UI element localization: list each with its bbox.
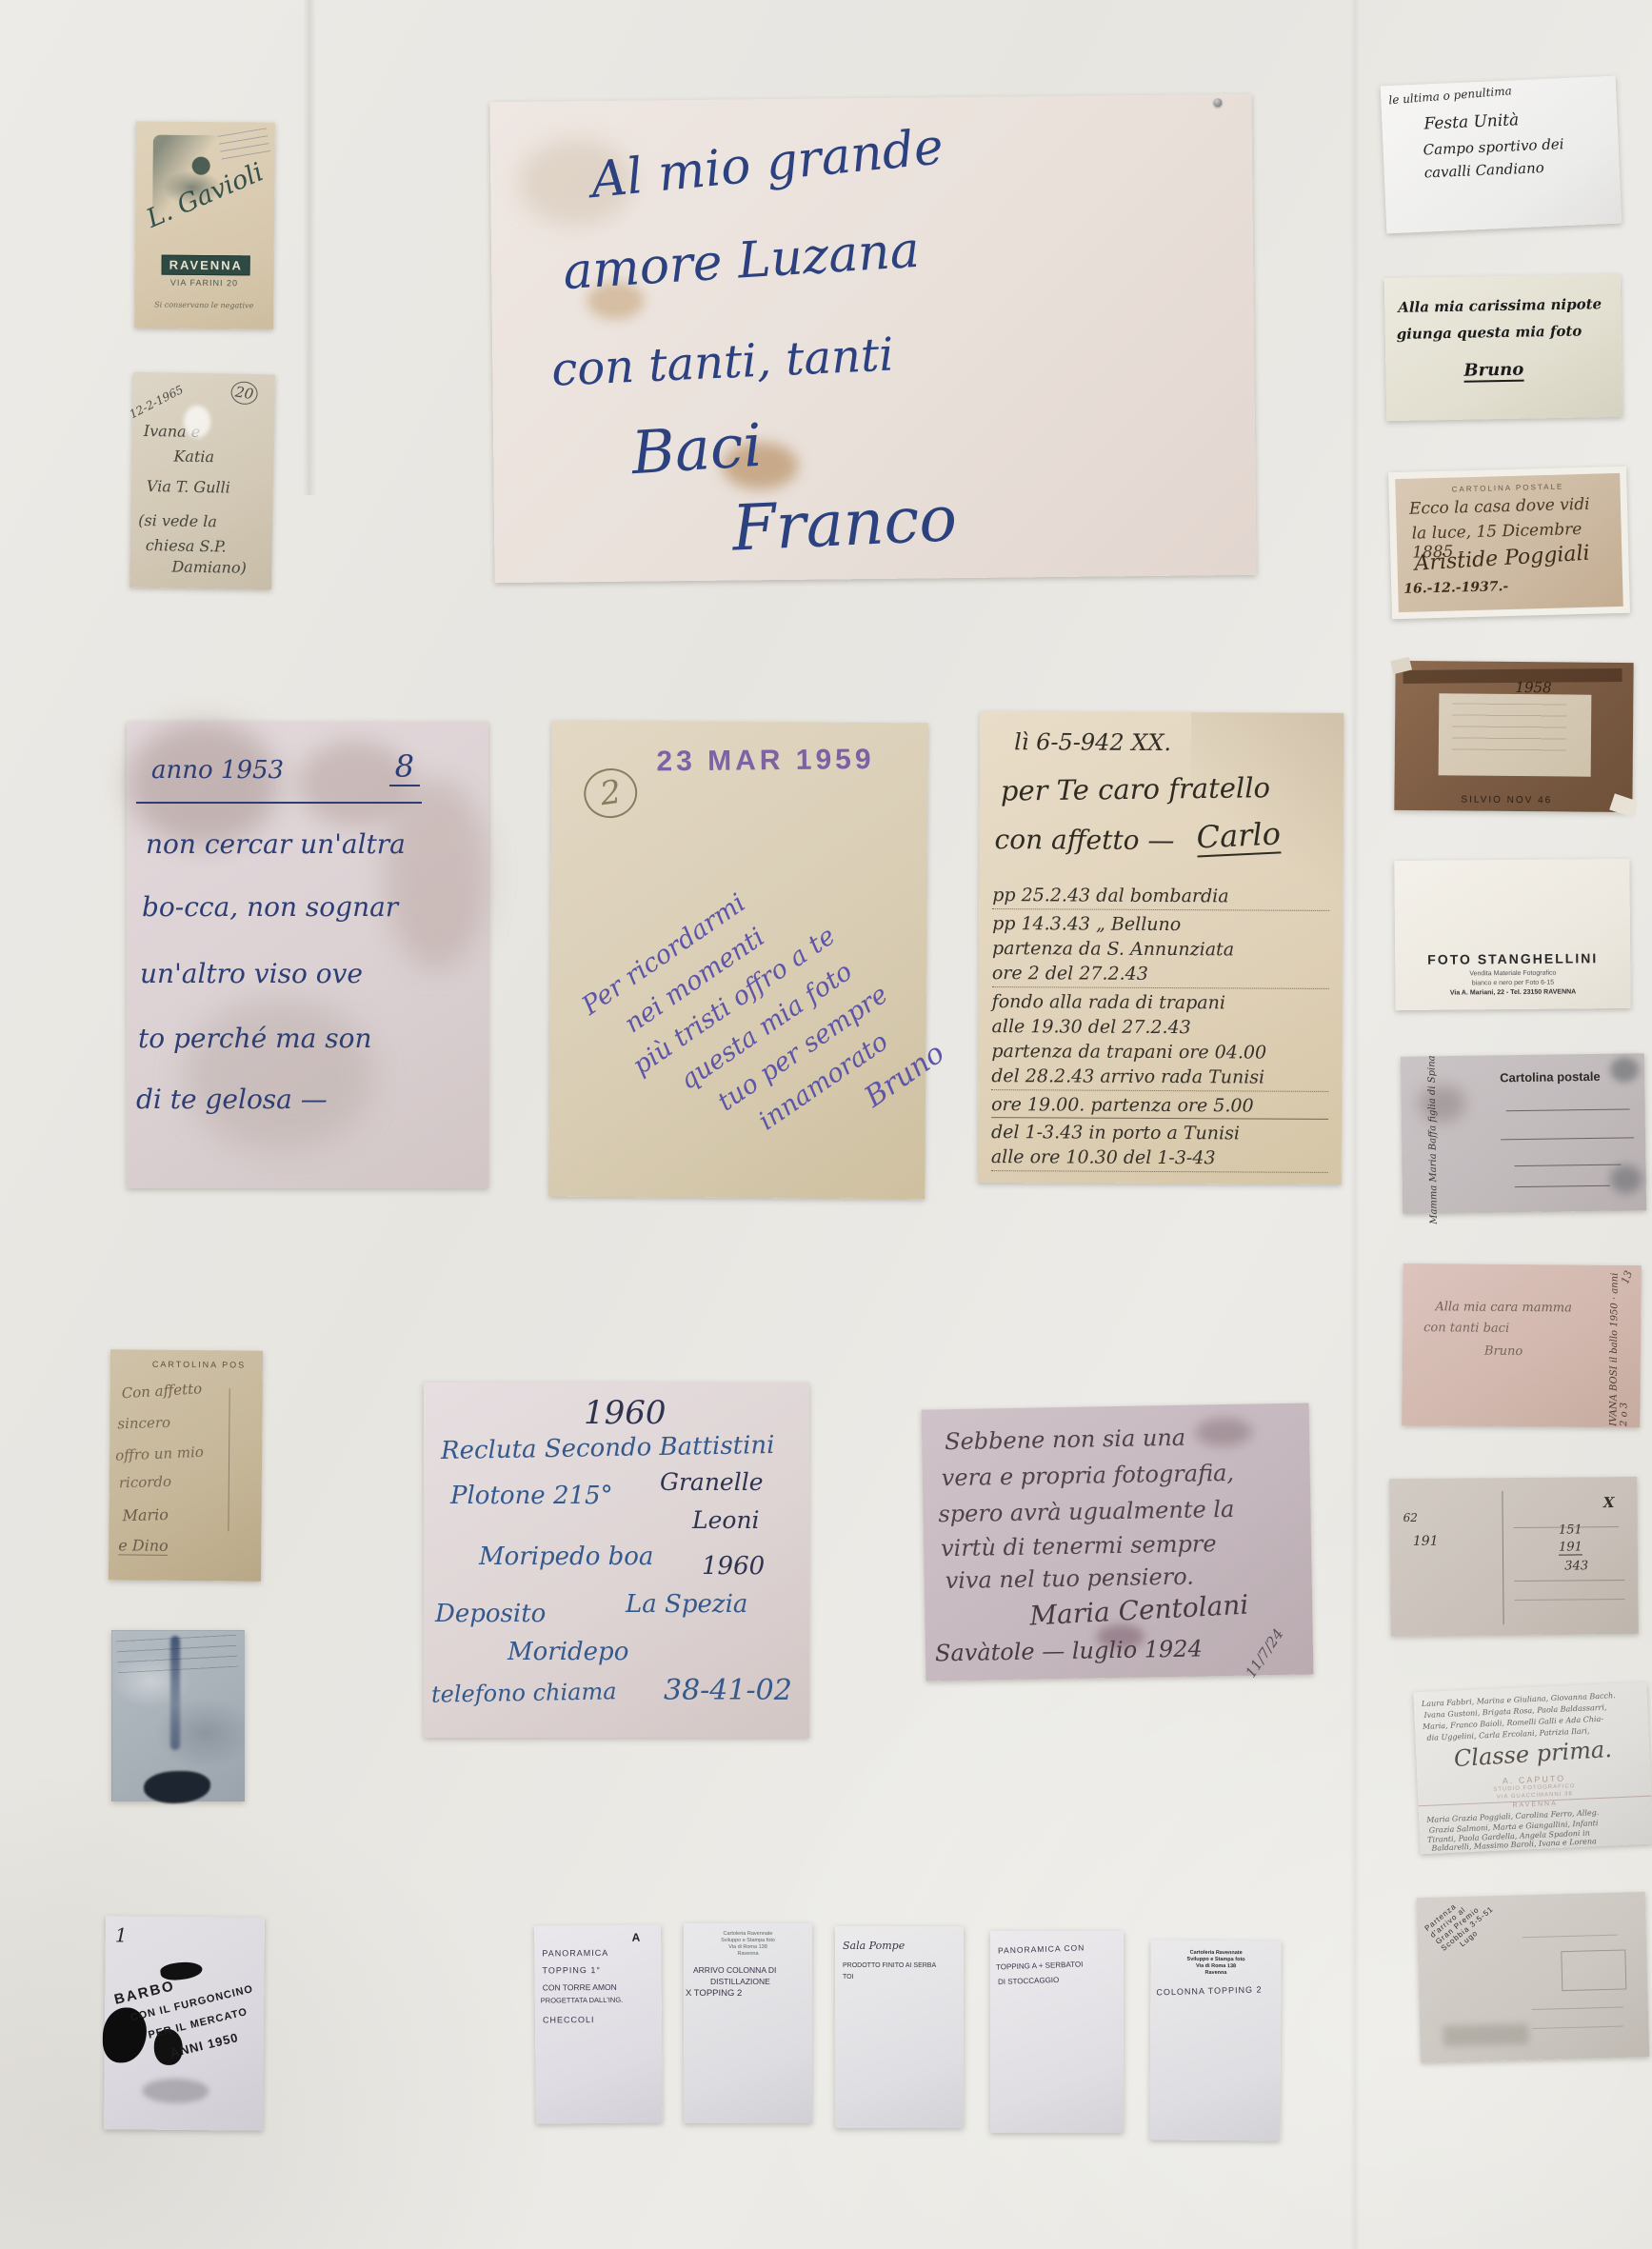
recluta-line: Deposito <box>435 1600 546 1628</box>
carlo-date: lì 6-5-942 XX. <box>1014 728 1171 756</box>
gavioli-annotation-scribble <box>218 128 271 164</box>
festa-line: cavalli Candiano <box>1423 159 1544 181</box>
gavioli-city: RAVENNA <box>162 255 251 276</box>
maria-line: Sebbene non sia una <box>945 1424 1185 1455</box>
anno1953-header: anno 1953 <box>151 756 284 785</box>
card-postcard-big: Al mio grande amore Luzana con tanti, ta… <box>489 94 1256 583</box>
rosa-line: con tanti baci <box>1423 1321 1509 1336</box>
stanghellini-line: Vendita Materiale Fotografico <box>1395 969 1630 978</box>
cartolina-grigia-vertical: Mamma Maria Baffa figlia di Spina <box>1426 1044 1440 1224</box>
card-cartolina-grigia: Cartolina postale Mamma Maria Baffa figl… <box>1401 1053 1646 1214</box>
env5-printed: Via di Roma 138 <box>1151 1963 1282 1970</box>
conti-mark: X <box>1603 1494 1615 1511</box>
festa-line: Festa Unità <box>1423 110 1519 133</box>
env1-corner: A <box>631 1931 640 1944</box>
carlo-line: fondo alla rada di trapani <box>992 987 1329 1014</box>
carlo-line: alle ore 10.30 del 1-3-43 <box>991 1143 1328 1173</box>
seppia-line: offro un mio <box>115 1443 204 1464</box>
env5-printed: Cartoleria Ravennate <box>1151 1950 1282 1957</box>
seppia-line: sincero <box>117 1414 170 1432</box>
conti-col-num: 343 <box>1564 1559 1588 1573</box>
card-negative-holder: 1958 SILVIO NOV 46 <box>1394 661 1633 812</box>
seppia-line: Mario <box>122 1505 169 1524</box>
poggiali-header: CARTOLINA POSTALE <box>1395 481 1620 495</box>
card-stanghellini: FOTO STANGHELLINI Vendita Materiale Foto… <box>1394 859 1630 1010</box>
maria-line: viva nel tuo pensiero. <box>945 1563 1194 1595</box>
ink-run <box>170 1636 180 1750</box>
lugo-corner-text: Partenza d'arrivo al Gran Premio Scobbia… <box>1423 1885 1501 1960</box>
recluta-line: 1960 <box>702 1552 765 1581</box>
nipote-line: Alla mia carissima nipote <box>1398 295 1602 316</box>
recluta-line: Moripedo boa <box>479 1542 653 1571</box>
card-barbo: 1 BARBO CON IL FURGONCINO PER IL MERCATO… <box>104 1916 265 2130</box>
carlo-dedica: per Te caro fratello <box>1001 771 1270 806</box>
postcard-line: con tanti, tanti <box>550 328 895 397</box>
stamp-box <box>1561 1949 1626 1991</box>
seppia-line: ricordo <box>119 1473 172 1491</box>
card-gavioli: L. Gavioli RAVENNA VIA FARINI 20 Si cons… <box>134 121 275 328</box>
env2-line: DISTILLAZIONE <box>710 1977 770 1986</box>
recluta-line: Recluta Secondo Battistini <box>441 1431 775 1465</box>
conti-left-top: 62 <box>1403 1511 1418 1524</box>
envelope-4: PANORAMICA CON TOPPING A + SERBATOI DI S… <box>990 1931 1124 2133</box>
nipote-signature: Bruno <box>1463 360 1523 383</box>
carlo-line: pp 25.2.43 dal bombardia <box>992 885 1329 911</box>
recluta-year: 1960 <box>584 1394 667 1432</box>
recluta-line: Leoni <box>692 1506 760 1534</box>
address-line <box>1506 1108 1630 1111</box>
recluta-line: Moridepo <box>508 1638 628 1666</box>
stain <box>1195 1418 1253 1447</box>
card-lugo: Partenza d'arrivo al Gran Premio Scobbia… <box>1417 1892 1649 2062</box>
anno1953-number: 8 <box>389 748 420 786</box>
negative-caption: SILVIO NOV 46 <box>1461 795 1552 806</box>
stanghellini-line: bianco e nero per Foto 6-15 <box>1395 979 1630 987</box>
env2-printed: Cartoleria Ravennate <box>684 1931 812 1937</box>
anno1953-line: di te gelosa — <box>136 1084 328 1115</box>
recluta-line: Plotone 215° <box>450 1482 613 1510</box>
card-recluta-1960: 1960 Recluta Secondo Battistini Plotone … <box>424 1383 809 1738</box>
postcard-line: amore Luzana <box>562 222 922 301</box>
card-seppia: CARTOLINA POS Con affetto sincero offro … <box>109 1349 263 1581</box>
stain <box>142 2079 209 2104</box>
carlo-line: ore 19.00. partenza ore 5.00 <box>991 1090 1328 1120</box>
ivana-badge: 20 <box>229 380 259 407</box>
env4-line: PANORAMICA CON <box>998 1942 1085 1955</box>
anno1953-line: bo-cca, non sognar <box>142 891 398 923</box>
address-line <box>1515 1185 1610 1187</box>
env3-line: PRODOTTO FINITO AI SERBA <box>843 1962 936 1969</box>
carlo-line: partenza da S. Annunziata <box>992 934 1329 961</box>
pin <box>1213 98 1222 107</box>
maria-signature: Maria Centolani <box>1029 1589 1249 1632</box>
address-line <box>1532 2007 1623 2011</box>
anno1953-rule <box>136 802 422 804</box>
festa-line: Campo sportivo dei <box>1423 135 1564 158</box>
card-marzo-1959: 23 MAR 1959 2 Per ricordarmi nei momenti… <box>548 721 927 1200</box>
conti-divider <box>1502 1491 1503 1624</box>
seppia-header: CARTOLINA POS <box>152 1360 267 1370</box>
gavioli-address: VIA FARINI 20 <box>134 277 273 288</box>
ivana-line: chiesa S.P. <box>146 536 227 555</box>
recluta-line: La Spezia <box>626 1590 747 1619</box>
envelope-2: Cartoleria Ravennate Sviluppo e Stampa f… <box>684 1923 812 2123</box>
cartolina-grigia-header: Cartolina postale <box>1500 1069 1601 1085</box>
card-poggiali: CARTOLINA POSTALE Ecco la casa dove vidi… <box>1388 467 1630 619</box>
stain <box>1610 1057 1639 1082</box>
env2-printed: Ravenna <box>684 1951 812 1957</box>
seppia-line: e Dino <box>118 1536 169 1555</box>
env2-printed: Via di Roma 138 <box>684 1944 812 1950</box>
card-rosa: 13 Alla mia cara mamma con tanti baci Br… <box>1402 1264 1641 1427</box>
ivana-line: Katia <box>173 447 214 466</box>
envelope-1: A PANORAMICA TOPPING 1° CON TORRE AMON P… <box>534 1924 663 2123</box>
carlo-line: del 1-3.43 in porto a Tunisi <box>991 1118 1328 1144</box>
carlo-itinerary: pp 25.2.43 dal bombardia pp 14.3.43 „ Be… <box>991 885 1330 1173</box>
ivana-date: 12-2-1965 <box>128 383 186 421</box>
card-classe-prima: Laura Fabbri, Marina e Giuliana, Giovann… <box>1413 1682 1652 1855</box>
conti-left-num: 191 <box>1413 1534 1439 1549</box>
poggiali-line: Ecco la casa dove vidi <box>1409 495 1590 519</box>
env5-printed: Ravenna <box>1150 1970 1281 1977</box>
postcard-line: Franco <box>730 482 958 566</box>
card-blue-paper <box>111 1630 245 1801</box>
envelope-5: Cartoleria Ravennate Sviluppo e Stampa f… <box>1149 1941 1281 2141</box>
env1-line: TOPPING 1° <box>542 1965 601 1976</box>
env1-line: PANORAMICA <box>542 1948 608 1959</box>
anno1953-line: non cercar un'altra <box>146 828 406 860</box>
card-ivana-katia: 12-2-1965 20 Ivana e Katia Via T. Gulli … <box>129 372 275 590</box>
ivana-line: (si vede la <box>138 511 217 530</box>
ivana-line: Via T. Gulli <box>147 477 230 497</box>
rosa-line: Bruno <box>1484 1344 1523 1359</box>
nipote-line: giunga questa mia foto <box>1397 323 1582 343</box>
ivana-line: Damiano) <box>171 557 247 576</box>
barbo-text: BARBO CON IL FURGONCINO PER IL MERCATO A… <box>112 1960 265 2070</box>
seppia-divider <box>228 1388 229 1531</box>
negative-tape-top <box>1403 668 1622 684</box>
card-carlo-1943: lì 6-5-942 XX. per Te caro fratello con … <box>978 711 1344 1184</box>
negative-corner-tab <box>1609 793 1638 817</box>
negative-window <box>1439 693 1592 776</box>
diagonal-text-1959: Per ricordarmi nei momenti più tristi of… <box>577 844 951 1217</box>
rosa-vertical: IVANA BOSI il ballo 1950 · anni 2 o 3 <box>1608 1266 1630 1426</box>
postcard-line: Baci <box>629 410 764 488</box>
wall-seam <box>303 0 316 495</box>
address-line <box>1501 1137 1634 1140</box>
festa-note: le ultima o penultima <box>1388 84 1512 107</box>
stanghellini-line: Via A. Mariani, 22 - Tel. 23150 RAVENNA <box>1396 988 1631 997</box>
env1-line: PROGETTATA DALL'ING. <box>541 1996 624 2005</box>
carlo-firma: Carlo <box>1196 815 1282 857</box>
carlo-line: partenza da trapani ore 04.00 <box>991 1037 1328 1064</box>
ivana-line: Ivana e <box>144 422 201 441</box>
gavioli-footnote: Si conservano le negative <box>134 300 273 309</box>
archive-wall-photo: { "wall": {"bg": "#e9e7e2"}, "cards": { … <box>0 0 1652 2249</box>
stain <box>384 779 488 969</box>
env5-printed: Sviluppo e Stampa foto <box>1151 1957 1282 1963</box>
ink-blot <box>144 1771 210 1803</box>
seppia-line: Con affetto <box>121 1380 202 1402</box>
carlo-line: ore 2 del 27.2.43 <box>992 959 1329 989</box>
anno1953-line: to perché ma son <box>138 1023 371 1054</box>
env2-printed: Sviluppo e Stampa foto <box>684 1938 812 1943</box>
conti-col-num: 191 <box>1559 1540 1582 1555</box>
maria-date: Savàtole — luglio 1924 <box>935 1635 1203 1666</box>
recluta-line: 38-41-02 <box>664 1674 792 1707</box>
env4-line: DI STOCCAGGIO <box>998 1976 1060 1986</box>
badge-2: 2 <box>581 766 640 822</box>
env3-line: Sala Pompe <box>843 1940 905 1952</box>
carlo-dedica: con affetto — <box>995 824 1175 856</box>
env3-line: TOI <box>843 1974 854 1980</box>
conti-col-num: 151 <box>1559 1523 1582 1537</box>
rosa-line: Alla mia cara mamma <box>1435 1300 1572 1315</box>
carlo-line: pp 14.3.43 „ Belluno <box>992 909 1329 936</box>
recluta-line: Granelle <box>660 1468 764 1496</box>
maria-line: virtù di tenermi sempre <box>941 1530 1217 1562</box>
card-maria-1924: Sebbene non sia una vera e propria fotog… <box>922 1403 1314 1681</box>
env2-line: X TOPPING 2 <box>686 1988 742 1999</box>
stain <box>1418 1085 1466 1124</box>
address-line <box>1514 1580 1624 1582</box>
card-anno-1953: anno 1953 8 non cercar un'altra bo-cca, … <box>127 722 488 1188</box>
envelope-3: Sala Pompe PRODOTTO FINITO AI SERBA TOI <box>835 1926 964 2128</box>
env5-line: COLONNA TOPPING 2 <box>1156 1984 1262 1997</box>
address-line <box>1514 1164 1621 1167</box>
card-nipote: Alla mia carissima nipote giunga questa … <box>1384 274 1623 421</box>
negative-year: 1958 <box>1515 679 1551 696</box>
anno1953-line: un'altro viso ove <box>140 958 363 989</box>
date-stamp-1959: 23 MAR 1959 <box>656 744 874 778</box>
postcard-line: Al mio grande <box>588 118 945 209</box>
wall-seam <box>1350 0 1360 2249</box>
barbo-num: 1 <box>115 1923 128 1946</box>
negative-faint-lines <box>1452 703 1567 759</box>
env2-line: ARRIVO COLONNA DI <box>693 1965 776 1975</box>
poggiali-date: 16.-12.-1937.- <box>1403 579 1508 597</box>
address-line <box>1514 1599 1624 1601</box>
env1-line: CON TORRE AMON <box>543 1982 617 1993</box>
poggiali-inner: CARTOLINA POSTALE Ecco la casa dove vidi… <box>1395 473 1623 612</box>
carlo-line: del 28.2.43 arrivo rada Tunisi <box>991 1062 1328 1092</box>
card-conti: 62 191 X 151 191 343 <box>1389 1477 1638 1636</box>
maria-date-note: 11/7/24 <box>1243 1625 1287 1681</box>
stanghellini-title: FOTO STANGHELLINI <box>1395 950 1630 967</box>
carlo-line: alle 19.30 del 27.2.43 <box>992 1012 1329 1039</box>
maria-line: spero avrà ugualmente la <box>938 1496 1234 1527</box>
recluta-line: telefono chiama <box>431 1678 617 1707</box>
stain <box>1443 2023 1529 2046</box>
card-festa-unita: le ultima o penultima Festa Unità Campo … <box>1381 76 1622 234</box>
stain <box>184 998 374 1150</box>
env4-line: TOPPING A + SERBATOI <box>996 1960 1084 1971</box>
env1-line: CHECCOLI <box>543 2015 595 2024</box>
maria-line: vera e propria fotografia, <box>942 1460 1235 1491</box>
address-line <box>1523 1935 1618 1939</box>
stain <box>1609 1164 1642 1193</box>
address-line <box>1532 2026 1623 2030</box>
